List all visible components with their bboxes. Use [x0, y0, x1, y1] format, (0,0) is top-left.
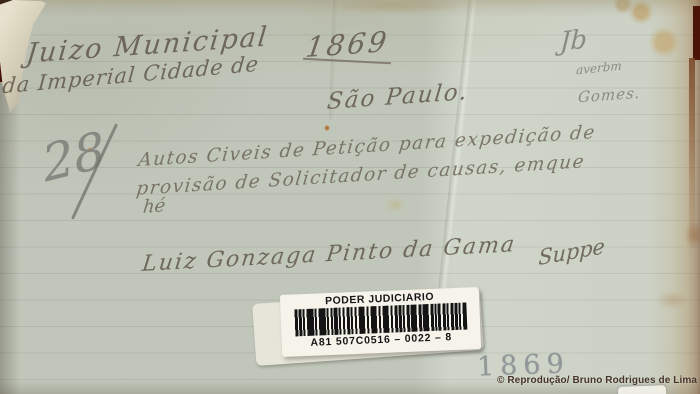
pencil-note-2: averbm — [576, 59, 622, 78]
petitioner-abbreviation: Suppe — [538, 234, 605, 270]
handwritten-city: São Paulo. — [326, 79, 470, 115]
photo-credit: © Reprodução/ Bruno Rodrigues de Lima — [497, 375, 697, 386]
judiciary-barcode-sticker: PODER JUDICIARIO A81 507C0516 – 0022 – 8 — [280, 287, 481, 357]
body-text-line3: hé — [142, 195, 166, 218]
petitioner-name: Luiz Gonzaga Pinto da Gama — [141, 232, 518, 277]
pencil-note-3: Gomes. — [577, 84, 641, 106]
pencil-note-1: Jb — [559, 25, 588, 58]
top-edge-shading — [0, 0, 700, 18]
background-right-edge — [693, 6, 700, 60]
sticker-tab-bottom-edge — [618, 385, 666, 394]
archival-document-photo: Juizo Municipal da Imperial Cidade de 18… — [0, 0, 700, 394]
right-edge-stain-streak — [689, 58, 695, 258]
